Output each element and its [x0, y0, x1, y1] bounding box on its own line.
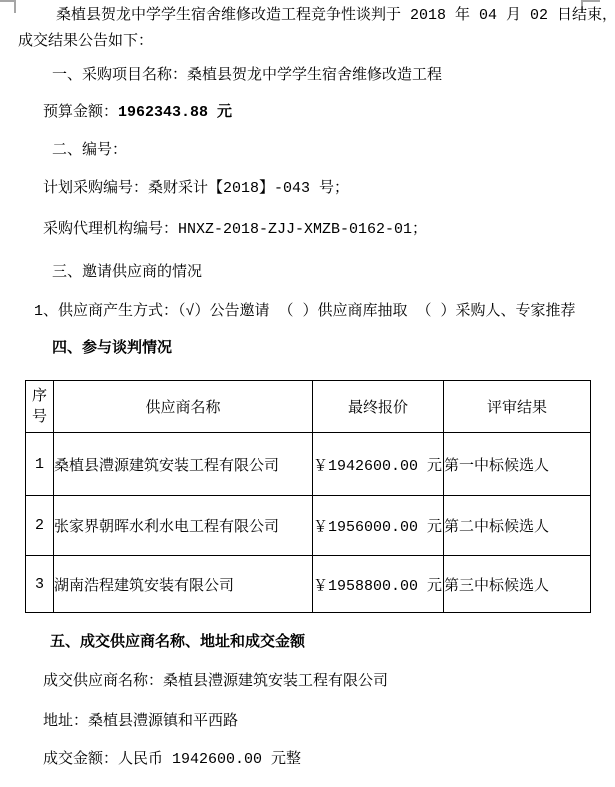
section-4-title: 四、参与谈判情况: [52, 339, 172, 359]
table-header-row: 序号 供应商名称 最终报价 评审结果: [26, 381, 591, 433]
table-row: 1 桑植县澧源建筑安装工程有限公司 ￥1942600.00 元 第一中标候选人: [26, 433, 591, 496]
cell-name: 湖南浩程建筑安装有限公司: [54, 556, 313, 613]
agency-number-line: 采购代理机构编号：HNXZ-2018-ZJJ-XMZB-0162-01；: [43, 220, 427, 240]
cell-price: ￥1942600.00 元: [313, 433, 444, 496]
plan-number-line: 计划采购编号：桑财采计【2018】-043 号；: [43, 179, 349, 199]
winner-address-line: 地址：桑植县澧源镇和平西路: [43, 712, 238, 732]
cell-seq: 3: [26, 556, 54, 613]
header-price: 最终报价: [313, 381, 444, 433]
supplier-method-line: 1、供应商产生方式：（√）公告邀请 （ ）供应商库抽取 （ ）采购人、专家推荐: [34, 302, 576, 322]
page-margin-mark-top-left: [0, 0, 16, 13]
section-5-title: 五、成交供应商名称、地址和成交金额: [50, 633, 305, 653]
cell-seq: 1: [26, 433, 54, 496]
document-page: { "doc": { "intro_line1": "桑植县贺龙中学学生宿舍维修…: [0, 0, 615, 787]
table-row: 3 湖南浩程建筑安装有限公司 ￥1958800.00 元 第三中标候选人: [26, 556, 591, 613]
budget-value: 1962343.88 元: [118, 104, 232, 121]
negotiation-table: 序号 供应商名称 最终报价 评审结果 1 桑植县澧源建筑安装工程有限公司 ￥19…: [25, 380, 591, 613]
cell-price: ￥1958800.00 元: [313, 556, 444, 613]
header-result: 评审结果: [444, 381, 591, 433]
cell-price: ￥1956000.00 元: [313, 496, 444, 556]
cell-result: 第三中标候选人: [444, 556, 591, 613]
section-1-title: 一、采购项目名称：桑植县贺龙中学学生宿舍维修改造工程: [52, 66, 442, 86]
winner-name-line: 成交供应商名称：桑植县澧源建筑安装工程有限公司: [43, 672, 388, 692]
cell-name: 张家界朝晖水利水电工程有限公司: [54, 496, 313, 556]
budget-label: 预算金额：: [43, 104, 118, 121]
table-row: 2 张家界朝晖水利水电工程有限公司 ￥1956000.00 元 第二中标候选人: [26, 496, 591, 556]
budget-line: 预算金额：1962343.88 元: [43, 103, 232, 123]
deal-amount-line: 成交金额：人民币 1942600.00 元整: [43, 750, 301, 770]
cell-result: 第二中标候选人: [444, 496, 591, 556]
cell-name: 桑植县澧源建筑安装工程有限公司: [54, 433, 313, 496]
cell-result: 第一中标候选人: [444, 433, 591, 496]
section-2-title: 二、编号：: [52, 141, 127, 161]
header-name: 供应商名称: [54, 381, 313, 433]
cell-seq: 2: [26, 496, 54, 556]
section-3-title: 三、邀请供应商的情况: [52, 263, 202, 283]
intro-line-2: 成交结果公告如下：: [18, 32, 153, 52]
header-seq: 序号: [26, 381, 54, 433]
intro-line-1: 桑植县贺龙中学学生宿舍维修改造工程竞争性谈判于 2018 年 04 月 02 日…: [56, 6, 615, 26]
